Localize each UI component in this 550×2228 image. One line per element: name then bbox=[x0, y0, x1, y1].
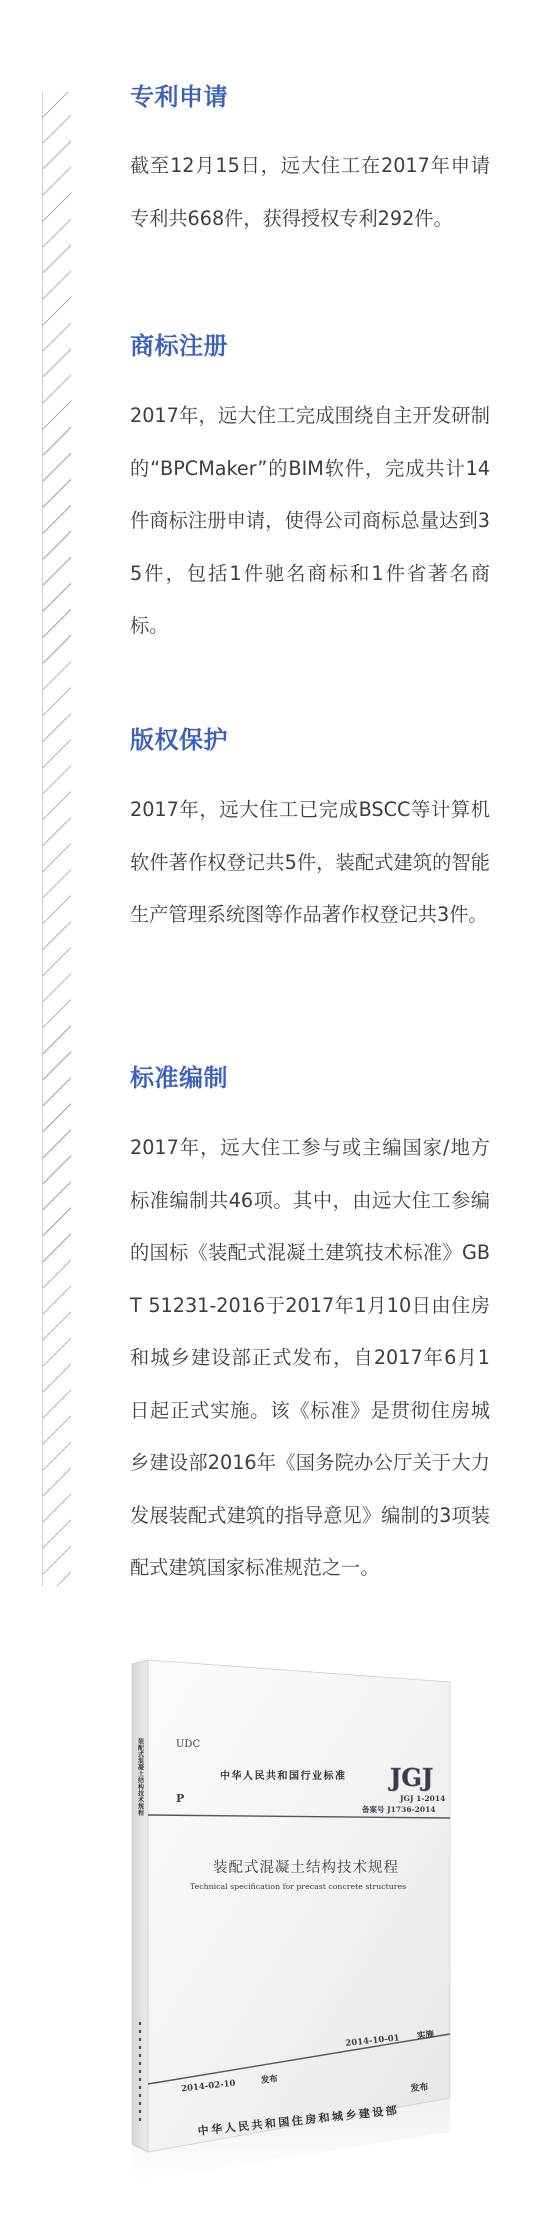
section-title-copyright: 版权保护 bbox=[130, 725, 490, 755]
cover-udc: UDC bbox=[176, 1739, 200, 1750]
cover-jgj-logo: JGJ bbox=[388, 1763, 433, 1792]
section-title-patent: 专利申请 bbox=[130, 82, 490, 112]
cover-standard-type: 中华人民共和国行业标准 bbox=[220, 1769, 347, 1782]
cover-issue-label: 发布 bbox=[259, 2073, 279, 2086]
section-body-copyright: 2017年，远大住工已完成BSCC等计算机软件著作权登记共5件，装配式建筑的智能… bbox=[130, 784, 490, 942]
spine-title: 装配式混凝土结构技术规程 bbox=[137, 1737, 145, 1817]
section-title-trademark: 商标注册 bbox=[130, 331, 490, 361]
book-front-cover bbox=[148, 1660, 450, 2152]
section-standards: 标准编制 2017年，远大住工参与或主编国家/地方标准编制共46项。其中，由远大… bbox=[130, 1063, 490, 1595]
section-trademark: 商标注册 2017年，远大住工完成围绕自主开发研制的“BPCMaker”的BIM… bbox=[130, 331, 490, 653]
cover-category: P bbox=[176, 1792, 184, 1805]
section-patent: 专利申请 截至12月15日，远大住工在2017年申请专利共668件，获得授权专利… bbox=[130, 82, 490, 245]
section-body-standards: 2017年，远大住工参与或主编国家/地方标准编制共46项。其中，由远大住工参编的… bbox=[130, 1122, 490, 1595]
section-title-standards: 标准编制 bbox=[130, 1063, 490, 1093]
cover-record-no: 备案号 J1736-2014 bbox=[362, 1804, 436, 1814]
cover-title-cn: 装配式混凝土结构技术规程 bbox=[213, 1858, 399, 1876]
hatched-left-border bbox=[42, 92, 71, 1586]
section-body-patent: 截至12月15日，远大住工在2017年申请专利共668件，获得授权专利292件。 bbox=[130, 140, 490, 245]
cover-effective-label: 实施 bbox=[416, 2029, 435, 2042]
standard-book-cover-image: UDC P 中华人民共和国行业标准 JGJ JGJ 1-2014 备案号 J17… bbox=[128, 1652, 473, 2212]
section-body-trademark: 2017年，远大住工完成围绕自主开发研制的“BPCMaker”的BIM软件，完成… bbox=[130, 390, 490, 653]
section-copyright: 版权保护 2017年，远大住工已完成BSCC等计算机软件著作权登记共5件，装配式… bbox=[130, 725, 490, 942]
cover-title-en: Technical specification for precast conc… bbox=[190, 1882, 406, 1891]
cover-code: JGJ 1-2014 bbox=[399, 1794, 445, 1803]
